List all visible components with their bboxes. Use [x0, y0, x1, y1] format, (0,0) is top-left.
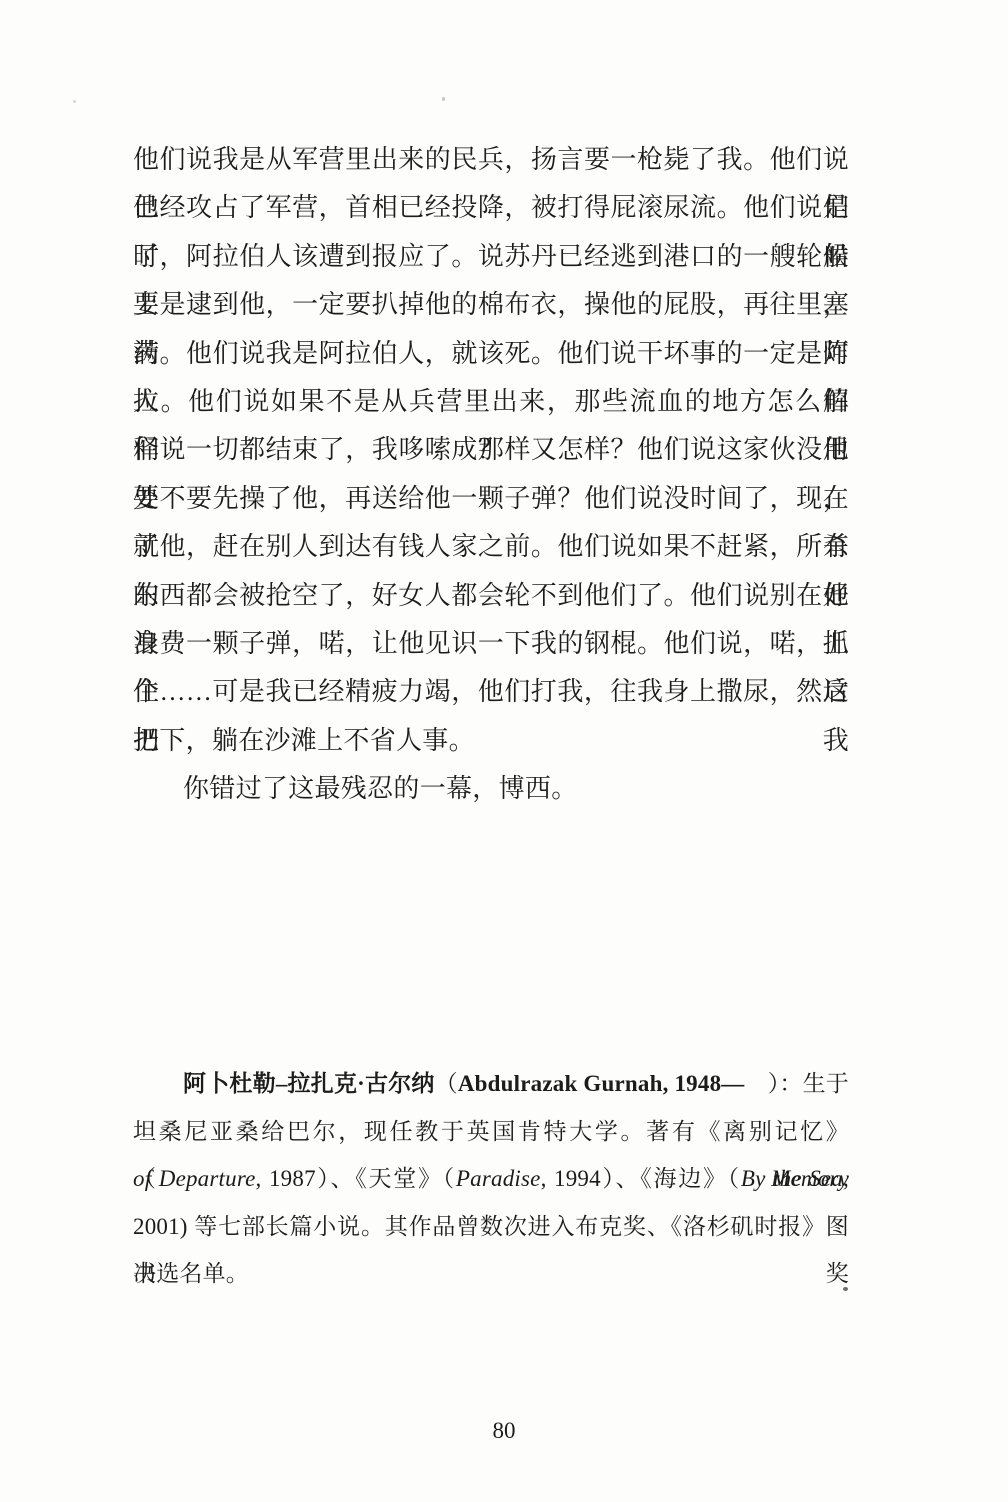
bio-text-line: 2001) 等七部长篇小说。其作品曾数次进入布克奖、《洛杉矶时报》图书奖 — [133, 1203, 849, 1251]
bio-text-segment: Paradise — [456, 1166, 541, 1191]
bio-text-segment: 决选名单。 — [133, 1261, 249, 1286]
book-page: 他们说我是从军营里出来的民兵，扬言要一枪毙了我。他们说他们 已经攻占了军营，首相… — [0, 0, 1008, 1502]
bio-text-segment: , 1994）、《海边》（ — [541, 1166, 741, 1191]
body-text-line: 药。他们说我是阿拉伯人，就该死。他们说干坏事的一定是阿拉伯 — [133, 330, 849, 378]
bio-text-segment: Abdulrazak Gurnah, 1948— — [458, 1071, 745, 1096]
body-text-line: 要是逮到他，一定要扒掉他的棉布衣，操他的屁股，再往里塞满炸 — [133, 281, 849, 329]
bio-text-segment: （ — [435, 1071, 458, 1096]
body-text-line: 他们说我是从军营里出来的民兵，扬言要一枪毙了我。他们说他们 — [133, 136, 849, 184]
scan-speck — [73, 100, 76, 103]
closing-line: 你错过了这最残忍的一幕，博西。 — [133, 765, 849, 813]
body-text-line: 个……可是我已经精疲力竭，他们打我，往我身上撒尿，然后把我 — [133, 668, 849, 716]
bio-text-line: 阿卜杜勒–拉扎克·古尔纳（Abdulrazak Gurnah, 1948— ）：… — [133, 1060, 849, 1108]
scan-speck — [843, 1287, 848, 1291]
body-text-line: 们说一切都结束了，我哆嗦成那样又怎样？他们说这家伙没用处， — [133, 426, 849, 474]
bio-text-segment: ）：生于 — [744, 1071, 849, 1096]
bio-text-segment: of Departure — [133, 1166, 256, 1191]
page-number: 80 — [0, 1417, 1008, 1445]
body-text-line: 东西都会被抢空了，好女人都会轮不到他们了。他们说别在他身上 — [133, 572, 849, 620]
body-text-line: 人。他们说如果不是从兵营里出来，那些流血的地方怎么解释？他 — [133, 378, 849, 426]
main-paragraph: 他们说我是从军营里出来的民兵，扬言要一枪毙了我。他们说他们 已经攻占了军营，首相… — [133, 136, 849, 813]
scan-speck — [442, 97, 445, 101]
bio-text-line: 坦桑尼亚桑给巴尔，现任教于英国肯特大学。著有《离别记忆》（Memory — [133, 1108, 849, 1156]
bio-text-segment: 阿卜杜勒–拉扎克·古尔纳 — [183, 1071, 435, 1096]
body-text-line: 了他，赶在别人到达有钱人家之前。他们说如果不赶紧，所有的好 — [133, 523, 849, 571]
bio-text-line: of Departure, 1987）、《天堂》（Paradise, 1994）… — [133, 1155, 849, 1203]
body-text-line: 了，阿拉伯人该遭到报应了。说苏丹已经逃到港口的一艘轮船上， — [133, 233, 849, 281]
body-text-line: 已经攻占了军营，首相已经投降，被打得屁滚尿流。他们说是时候 — [133, 184, 849, 232]
author-bio: 阿卜杜勒–拉扎克·古尔纳（Abdulrazak Gurnah, 1948— ）：… — [133, 1060, 849, 1298]
body-text-line: 浪费一颗子弹，喏，让他见识一下我的钢棍。他们说，喏，抓住这 — [133, 620, 849, 668]
bio-text-segment: , 1987）、《天堂》（ — [256, 1166, 456, 1191]
bio-text-segment: , — [843, 1166, 849, 1191]
bio-text-segment: By the Sea — [741, 1166, 843, 1191]
body-text-line: 要不要先操了他，再送给他一颗子弹？他们说没时间了，现在就杀 — [133, 475, 849, 523]
